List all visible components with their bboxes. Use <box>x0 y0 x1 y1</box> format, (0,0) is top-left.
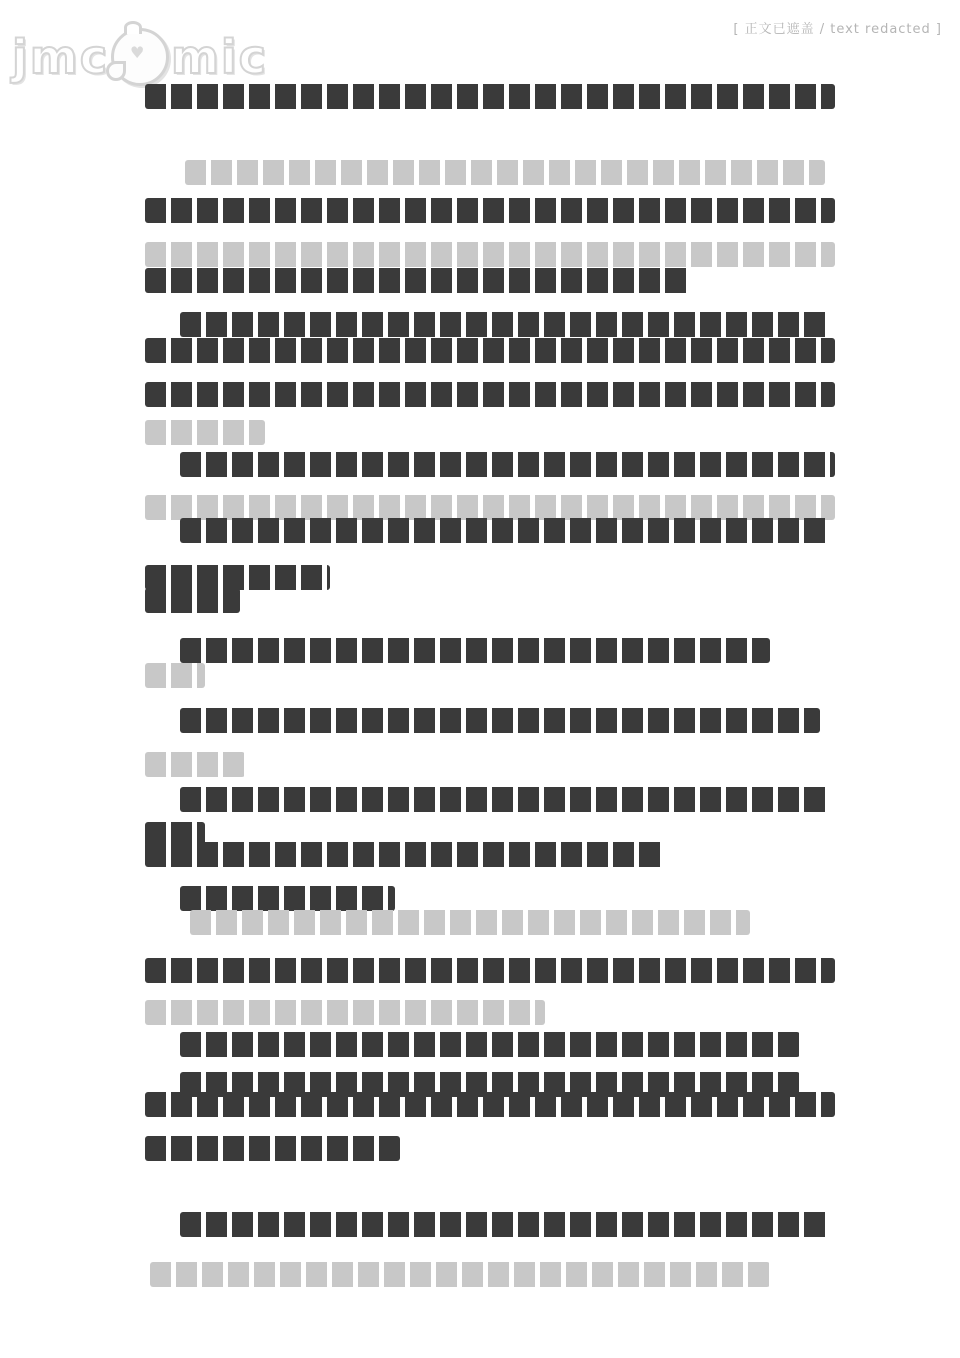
redacted-text-line <box>180 1032 800 1057</box>
redaction-notice: [ 正文已遮盖 / text redacted ] <box>733 18 942 37</box>
redacted-text-line <box>145 84 835 109</box>
redacted-text-line <box>145 752 245 777</box>
watermark-text-right: mic <box>171 34 268 80</box>
mascot-tuft <box>124 21 142 34</box>
heart-icon: ♥ <box>130 45 144 61</box>
redacted-text-line <box>180 708 820 733</box>
redacted-text-line <box>185 160 825 185</box>
jmcomic-watermark: jmc ♥ mic <box>12 28 268 86</box>
mascot-icon: ♥ <box>111 28 169 86</box>
redacted-text-line <box>150 1262 770 1287</box>
redacted-text-line <box>145 242 835 267</box>
redacted-text-line <box>145 588 240 613</box>
page-background: jmc ♥ mic [ 正文已遮盖 / text redacted ] <box>0 0 960 1358</box>
redacted-text-line <box>145 1092 835 1117</box>
redacted-text-line <box>145 268 690 293</box>
redacted-text-line <box>180 518 830 543</box>
redacted-text-line <box>190 910 750 935</box>
redacted-text-line <box>145 958 835 983</box>
redacted-text-line <box>145 842 665 867</box>
mascot-fin <box>106 61 126 81</box>
redacted-text-line <box>145 565 330 590</box>
redacted-text-line <box>180 452 835 477</box>
redacted-text-line <box>145 1000 545 1025</box>
redacted-text-line <box>145 663 205 688</box>
redacted-text-line <box>180 787 830 812</box>
redacted-text-line <box>180 638 770 663</box>
scanned-novel-page: { "page": { "width": 960, "height": 1358… <box>0 0 960 1358</box>
redacted-text-line <box>180 1212 830 1237</box>
redacted-text-line <box>180 312 830 337</box>
redacted-text-line <box>145 382 835 407</box>
redacted-text-line <box>145 420 265 445</box>
redacted-text-line <box>145 338 835 363</box>
redacted-text-line <box>145 198 835 223</box>
redacted-text-line <box>180 886 395 911</box>
redacted-text-line <box>145 495 835 520</box>
redacted-text-line <box>145 1136 400 1161</box>
watermark-text-left: jmc <box>12 34 109 80</box>
